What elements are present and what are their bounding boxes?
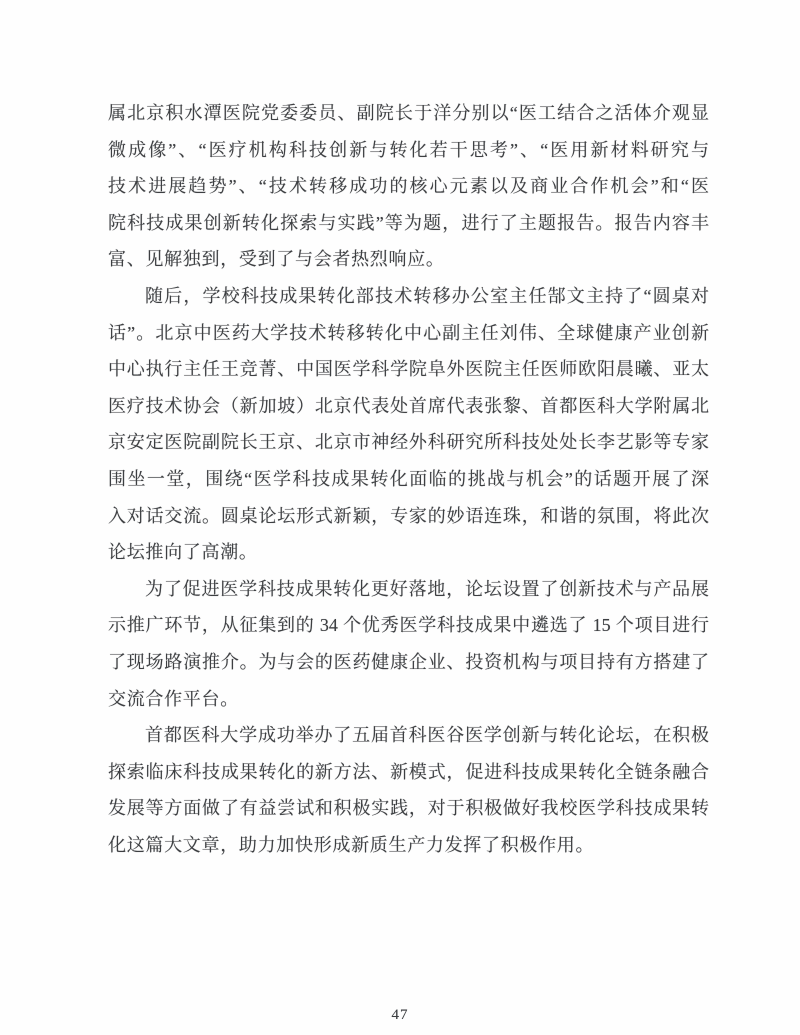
text-line: 院科技成果创新转化探索与实践”等为题，进行了主题报告。报告内容丰 [108, 205, 709, 242]
text-line: 示推广环节，从征集到的 34 个优秀医学科技成果中遴选了 15 个项目进行 [108, 607, 709, 644]
text-line: 为了促进医学科技成果转化更好落地，论坛设置了创新技术与产品展 [108, 571, 709, 608]
text-line: 发展等方面做了有益尝试和积极实践，对于积极做好我校医学科技成果转 [108, 790, 709, 827]
text-line: 了现场路演推介。为与会的医药健康企业、投资机构与项目持有方搭建了 [108, 644, 709, 681]
text-line: 京安定医院副院长王京、北京市神经外科研究所科技处处长李艺影等专家 [108, 424, 709, 461]
text-line: 中心执行主任王竞菁、中国医学科学院阜外医院主任医师欧阳晨曦、亚太 [108, 351, 709, 388]
text-line: 微成像”、“医疗机构科技创新与转化若干思考”、“医用新材料研究与 [108, 132, 709, 169]
text-line: 围坐一堂，围绕“医学科技成果转化面临的挑战与机会”的话题开展了深 [108, 461, 709, 498]
text-line: 富、见解独到，受到了与会者热烈响应。 [108, 241, 709, 278]
page-number: 47 [392, 1007, 409, 1023]
text-line: 首都医科大学成功举办了五届首科医谷医学创新与转化论坛，在积极 [108, 717, 709, 754]
text-line: 随后，学校科技成果转化部技术转移办公室主任郜文主持了“圆桌对 [108, 278, 709, 315]
text-column: 属北京积水潭医院党委委员、副院长于洋分别以“医工结合之活体介观显微成像”、“医疗… [108, 95, 709, 863]
page-footer: 47 [0, 1006, 800, 1024]
text-line: 论坛推向了高潮。 [108, 534, 709, 571]
text-line: 化这篇大文章，助力加快形成新质生产力发挥了积极作用。 [108, 827, 709, 864]
text-line: 属北京积水潭医院党委委员、副院长于洋分别以“医工结合之活体介观显 [108, 95, 709, 132]
text-line: 入对话交流。圆桌论坛形式新颖，专家的妙语连珠，和谐的氛围，将此次 [108, 498, 709, 535]
document-page: 属北京积水潭医院党委委员、副院长于洋分别以“医工结合之活体介观显微成像”、“医疗… [0, 0, 800, 1035]
text-line: 技术进展趋势”、“技术转移成功的核心元素以及商业合作机会”和“医 [108, 168, 709, 205]
text-line: 交流合作平台。 [108, 681, 709, 718]
text-line: 话”。北京中医药大学技术转移转化中心副主任刘伟、全球健康产业创新 [108, 315, 709, 352]
text-line: 医疗技术协会（新加坡）北京代表处首席代表张黎、首都医科大学附属北 [108, 388, 709, 425]
text-line: 探索临床科技成果转化的新方法、新模式，促进科技成果转化全链条融合 [108, 754, 709, 791]
